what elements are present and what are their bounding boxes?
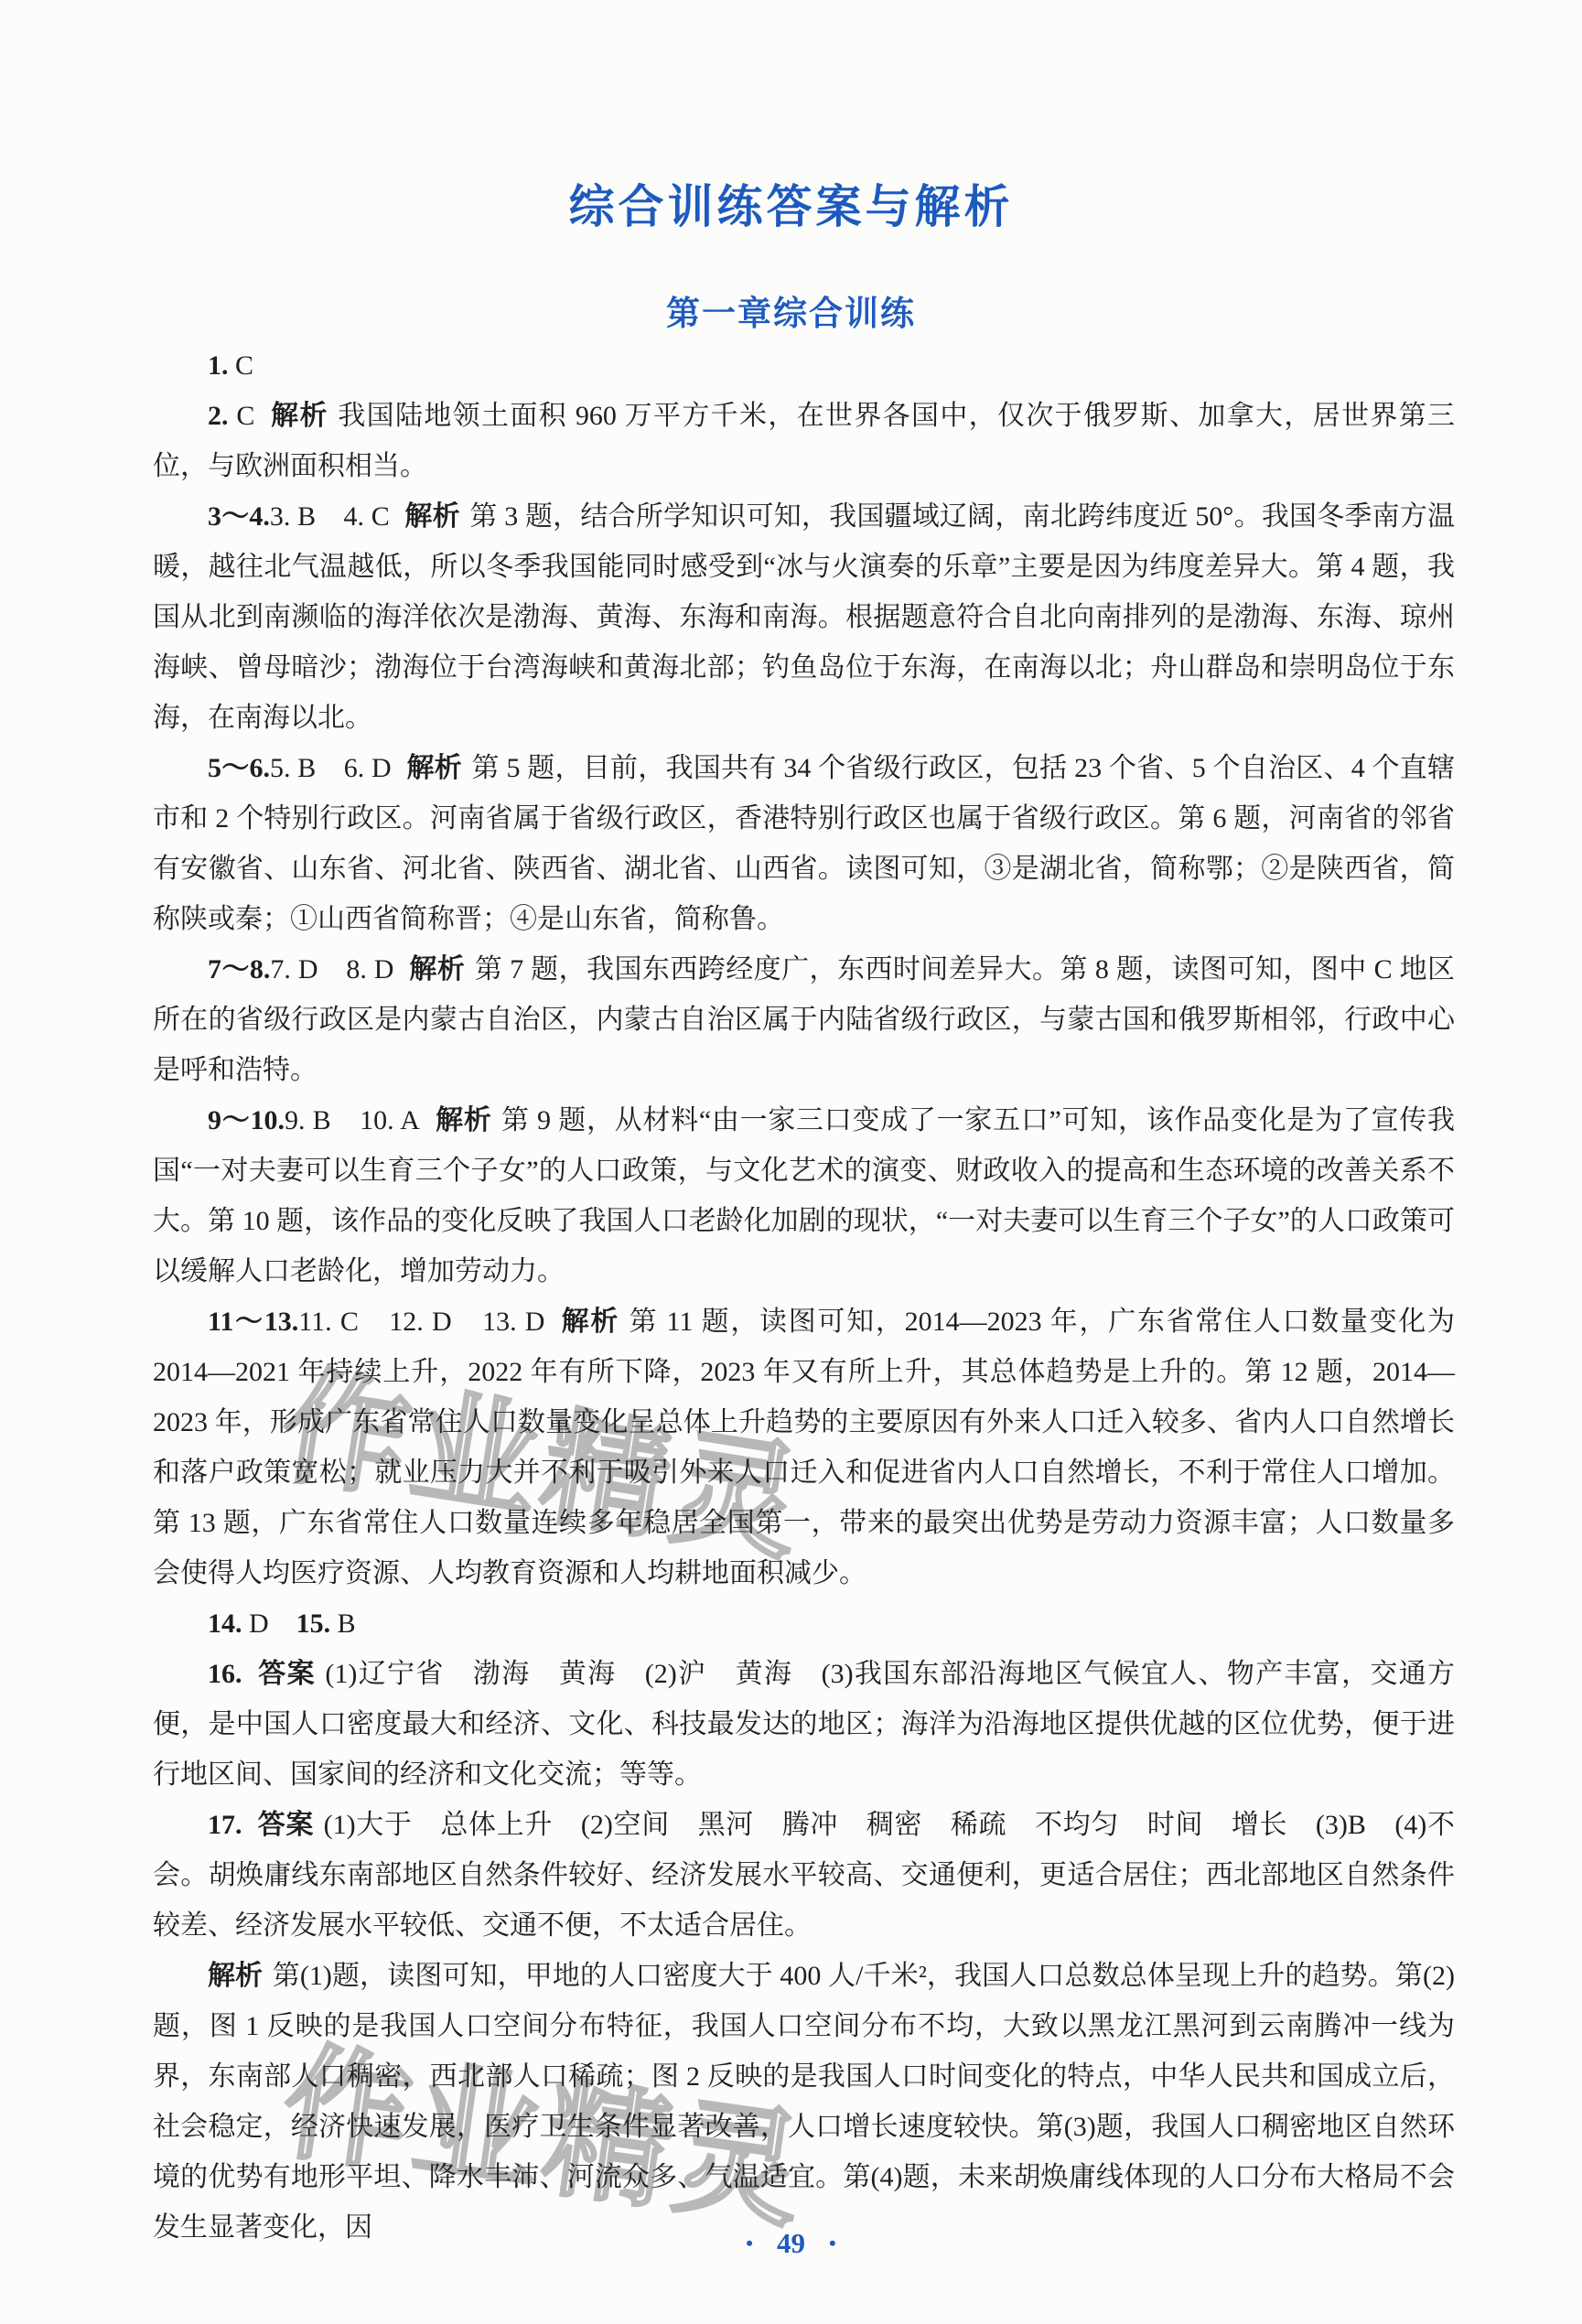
- answer-paragraph: 17.答案(1)大于 总体上升 (2)空间 黑河 腾冲 稠密 稀疏 不均匀 时间…: [153, 1800, 1455, 1951]
- question-number: 16.: [208, 1659, 242, 1689]
- answer-label: 解析: [435, 1105, 491, 1135]
- answer-paragraph: 11～13.11. C 12. D 13. D解析第 11 题，读图可知，201…: [153, 1296, 1455, 1598]
- answer-letter: C: [229, 401, 255, 431]
- question-number: 15.: [296, 1609, 331, 1639]
- answer-paragraph: 9～10.9. B 10. A解析第 9 题，从材料“由一家三口变成了一家五口”…: [153, 1095, 1455, 1296]
- answer-paragraph: 5～6.5. B 6. D解析第 5 题，目前，我国共有 34 个省级行政区，包…: [153, 743, 1455, 944]
- page-title: 综合训练答案与解析: [0, 170, 1582, 236]
- answer-letter: 3. B 4. C: [270, 501, 390, 532]
- explanation-text: (1)大于 总体上升 (2)空间 黑河 腾冲 稠密 稀疏 不均匀 时间 增长 (…: [153, 1810, 1455, 1941]
- question-number: 7～8.: [208, 954, 270, 984]
- footer-dot-left: •: [746, 2232, 753, 2254]
- answer-label: 答案: [257, 1810, 314, 1840]
- explanation-text: 第 3 题，结合所学知识可知，我国疆域辽阔，南北跨纬度近 50°。我国冬季南方温…: [153, 501, 1455, 733]
- answer-label: 解析: [208, 1961, 263, 1991]
- answer-letter: 11. C 12. D 13. D: [298, 1307, 544, 1337]
- answer-key-page: 作业精灵 作业精灵 综合训练答案与解析 第一章综合训练 1. C2. C解析我国…: [0, 0, 1582, 2324]
- question-number: 17.: [208, 1810, 242, 1840]
- answer-paragraph: 16.答案(1)辽宁省 渤海 黄海 (2)沪 黄海 (3)我国东部沿海地区气候宜…: [153, 1649, 1455, 1800]
- section-title: 第一章综合训练: [0, 285, 1582, 335]
- question-number: 2.: [208, 401, 229, 431]
- answer-letter: 9. B 10. A: [285, 1105, 420, 1135]
- question-number: 9～10.: [208, 1105, 285, 1135]
- answer-label: 解析: [409, 954, 465, 984]
- question-number: 1.: [208, 350, 229, 381]
- explanation-text: 我国陆地领土面积 960 万平方千米，在世界各国中，仅次于俄罗斯、加拿大，居世界…: [153, 401, 1455, 481]
- answer-paragraph: 7～8.7. D 8. D解析第 7 题，我国东西跨经度广，东西时间差异大。第 …: [153, 944, 1455, 1095]
- explanation-text: 第(1)题，读图可知，甲地的人口密度大于 400 人/千米²，我国人口总数总体呈…: [153, 1961, 1455, 2243]
- question-number: 11～13.: [208, 1307, 298, 1337]
- answer-paragraph: 2. C解析我国陆地领土面积 960 万平方千米，在世界各国中，仅次于俄罗斯、加…: [153, 391, 1455, 491]
- answer-label: 解析: [404, 501, 460, 532]
- answer-letter: 7. D 8. D: [270, 954, 393, 984]
- answer-letter: D: [242, 1609, 296, 1639]
- answers-body: 1. C2. C解析我国陆地领土面积 960 万平方千米，在世界各国中，仅次于俄…: [153, 340, 1455, 2253]
- page-number: 49: [777, 2227, 805, 2259]
- answer-paragraph: 3～4.3. B 4. C解析第 3 题，结合所学知识可知，我国疆域辽阔，南北跨…: [153, 491, 1455, 743]
- explanation-text: 第 11 题，读图可知，2014—2023 年，广东省常住人口数量变化为 201…: [153, 1307, 1455, 1588]
- question-number: 5～6.: [208, 753, 270, 783]
- answer-paragraph: 1. C: [153, 340, 1455, 391]
- page-footer: •49•: [0, 2227, 1582, 2260]
- answer-label: 解析: [560, 1307, 619, 1337]
- answer-label: 解析: [406, 753, 462, 783]
- explanation-text: (1)辽宁省 渤海 黄海 (2)沪 黄海 (3)我国东部沿海地区气候宜人、物产丰…: [153, 1659, 1455, 1790]
- footer-dot-right: •: [829, 2232, 836, 2254]
- answer-letter: C: [229, 350, 254, 381]
- answer-label: 答案: [257, 1659, 316, 1689]
- question-number: 14.: [208, 1609, 242, 1639]
- answer-label: 解析: [270, 401, 328, 431]
- answer-paragraph: 解析第(1)题，读图可知，甲地的人口密度大于 400 人/千米²，我国人口总数总…: [153, 1951, 1455, 2253]
- answer-letter: B: [330, 1609, 356, 1639]
- question-number: 3～4.: [208, 501, 270, 532]
- answer-paragraph: 14. D 15. B: [153, 1598, 1455, 1649]
- answer-letter: 5. B 6. D: [270, 753, 392, 783]
